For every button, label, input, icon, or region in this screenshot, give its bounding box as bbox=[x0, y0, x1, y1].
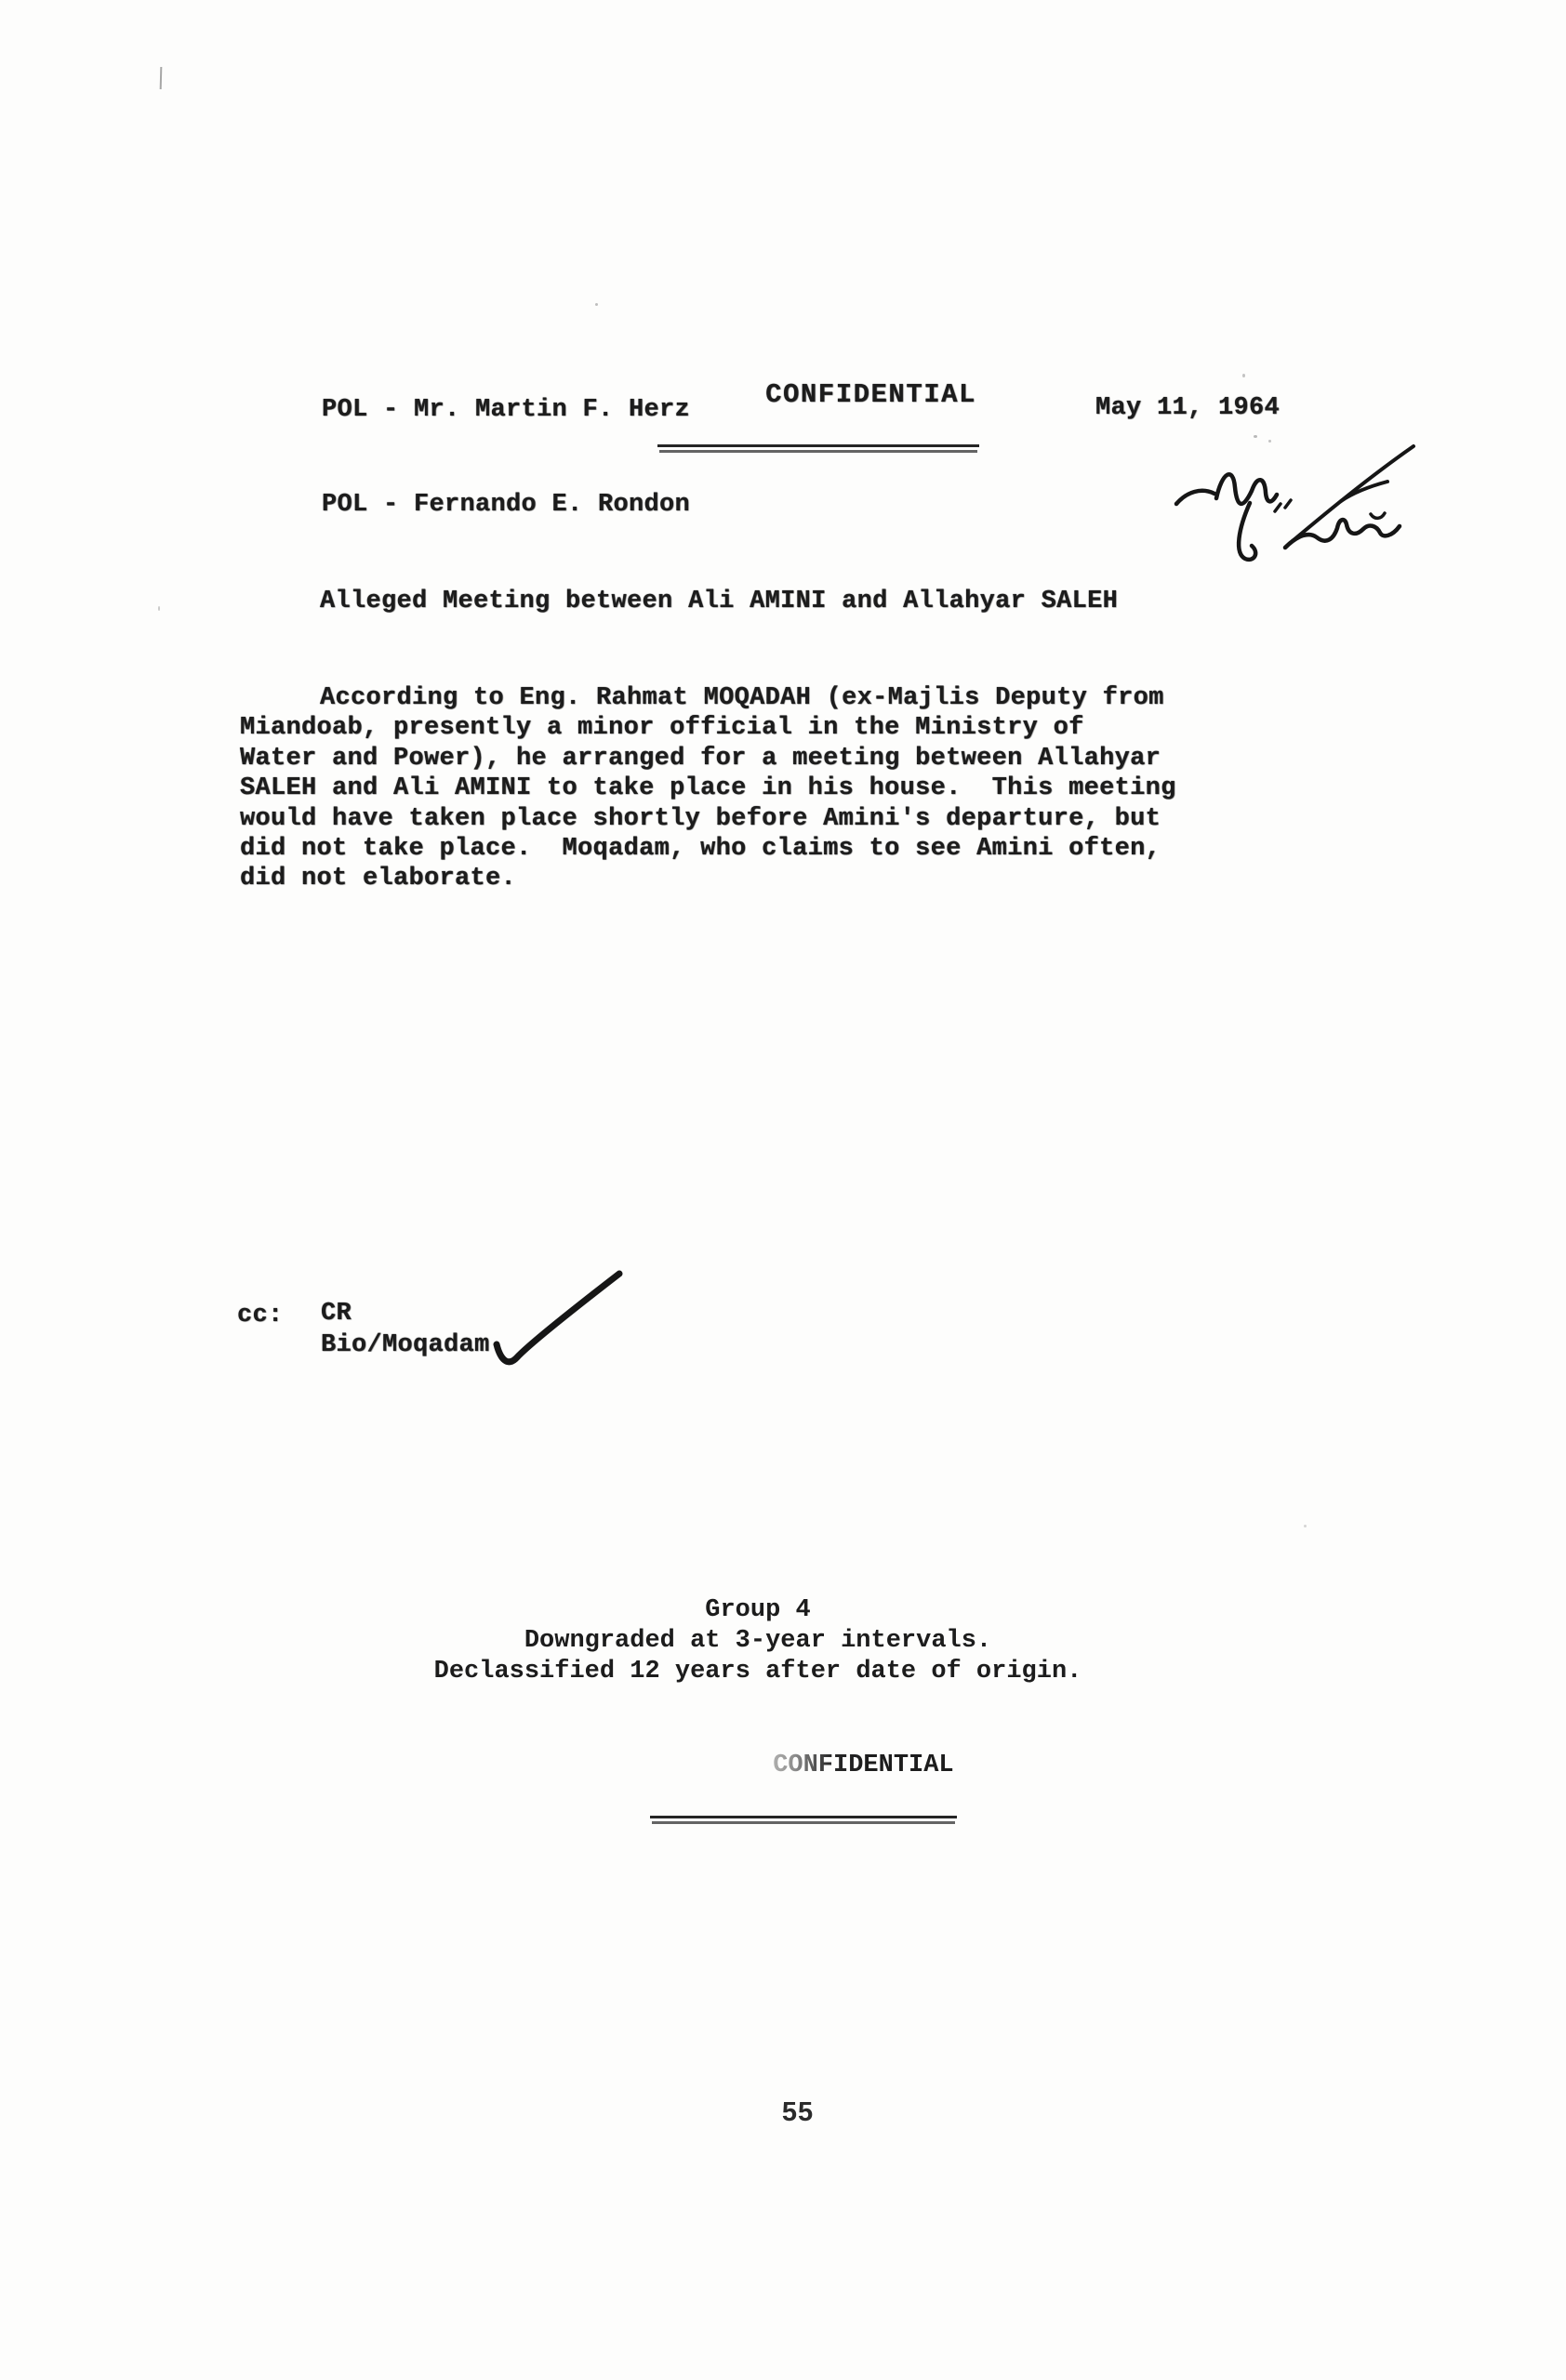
memo-body: According to Eng. Rahmat MOQADAH (ex-Maj… bbox=[240, 683, 1176, 894]
memo-to-line: POL - Mr. Martin F. Herz bbox=[322, 396, 690, 424]
body-line: would have taken place shortly before Am… bbox=[240, 804, 1176, 834]
scanned-memo-page: CONFIDENTIAL POL - Mr. Martin F. Herz Ma… bbox=[0, 0, 1566, 2380]
body-line: Water and Power), he arranged for a meet… bbox=[240, 744, 1176, 773]
memo-subject: Alleged Meeting between Ali AMINI and Al… bbox=[320, 588, 1118, 615]
checkmark-annotation bbox=[485, 1266, 630, 1382]
cc-item: Bio/Moqadam bbox=[321, 1331, 490, 1359]
body-line: Miandoab, presently a minor official in … bbox=[240, 713, 1176, 743]
classification-footer: CONFIDENTIAL bbox=[377, 1689, 1139, 1849]
scan-artifact-speck bbox=[1304, 1525, 1307, 1527]
declassify-line: Declassified 12 years after date of orig… bbox=[377, 1657, 1139, 1687]
handwriting-strokes bbox=[1176, 446, 1413, 560]
classification-footer-underline: CONFIDENTIAL bbox=[650, 1720, 957, 1818]
scan-artifact-tick bbox=[160, 67, 163, 89]
page-number: 55 bbox=[0, 2097, 1566, 2128]
cc-item: CR bbox=[321, 1300, 352, 1328]
scan-artifact-speck bbox=[595, 303, 598, 306]
body-line: SALEH and Ali AMINI to take place in his… bbox=[240, 773, 1176, 803]
classification-header-text: CONFIDENTIAL bbox=[765, 379, 976, 410]
scan-artifact-speck bbox=[158, 606, 160, 611]
classification-header-underline: CONFIDENTIAL bbox=[657, 349, 979, 447]
body-line: According to Eng. Rahmat MOQADAH (ex-Maj… bbox=[240, 683, 1176, 713]
handwritten-note-no-file bbox=[1168, 435, 1438, 579]
downgrade-line: Downgraded at 3-year intervals. bbox=[377, 1626, 1139, 1657]
declassification-block: Group 4 Downgraded at 3-year intervals. … bbox=[377, 1595, 1139, 1849]
memo-date: May 11, 1964 bbox=[1095, 394, 1280, 422]
memo-from-line: POL - Fernando E. Rondon bbox=[322, 491, 690, 519]
body-line: did not take place. Moqadam, who claims … bbox=[240, 834, 1176, 864]
checkmark-stroke bbox=[497, 1274, 619, 1362]
group-line: Group 4 bbox=[377, 1595, 1139, 1626]
body-line: did not elaborate. bbox=[240, 864, 1176, 893]
cc-label: cc: bbox=[237, 1302, 284, 1329]
classification-footer-text: CONFIDENTIAL bbox=[773, 1752, 953, 1779]
